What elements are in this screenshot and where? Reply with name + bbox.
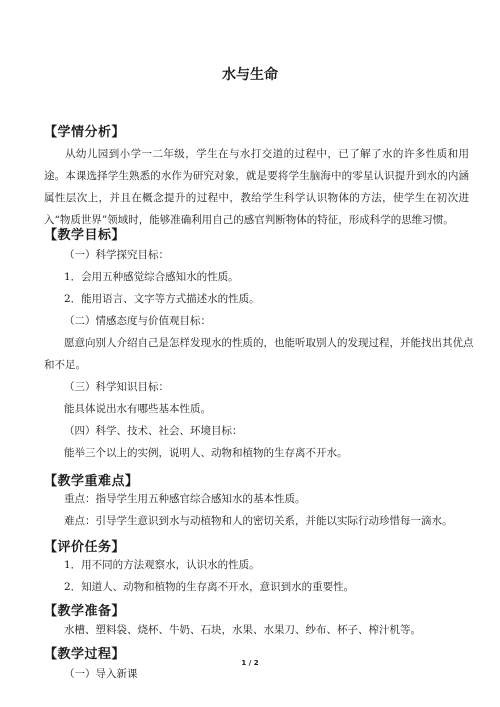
- section-heading-preparation: 【教学准备】: [44, 600, 125, 619]
- objective-line: 和不足。: [44, 354, 86, 376]
- objective-line: 1．会用五种感觉综合感知水的性质。: [64, 266, 239, 288]
- section-heading-objectives: 【教学目标】: [44, 224, 125, 243]
- page-indicator: 1 / 2: [0, 659, 500, 667]
- document-title: 水与生命: [0, 64, 500, 84]
- objective-line: （三）科学知识目标：: [64, 376, 169, 398]
- analysis-paragraph: 从幼儿园到小学一二年级，学生在与水打交道的过程中，已了解了水的许多性质和用途。本…: [44, 143, 469, 231]
- section-heading-key-points: 【教学重难点】: [44, 470, 139, 489]
- section-heading-analysis: 【学情分析】: [44, 121, 125, 140]
- objective-line: （二）情感态度与价值观目标：: [64, 310, 211, 332]
- key-point-line: 重点：指导学生用五种感官综合感知水的基本性质。: [64, 488, 306, 510]
- section-heading-evaluation: 【评价任务】: [44, 536, 125, 555]
- key-point-line: 难点：引导学生意识到水与动植物和人的密切关系，并能以实际行动珍惜每一滴水。: [64, 510, 453, 532]
- evaluation-line: 2．知道人、动物和植物的生存离不开水，意识到水的重要性。: [64, 576, 354, 598]
- preparation-line: 水槽、塑料袋、烧杯、牛奶、石块，水果、水果刀、纱布、杯子、榨汁机等。: [64, 619, 421, 641]
- evaluation-line: 1．用不同的方法观察水，认识水的性质。: [64, 554, 260, 576]
- objective-line: 能举三个以上的实例，说明人、动物和植物的生存离不开水。: [64, 442, 348, 464]
- objective-line: 2．能用语言、文字等方式描述水的性质。: [64, 288, 260, 310]
- objective-line: （四）科学、技术、社会、环境目标：: [64, 420, 243, 442]
- objective-line: （一）科学探究目标：: [64, 244, 169, 266]
- objective-line: 愿意向别人介绍自己是怎样发现水的性质的，也能听取别人的发现过程，并能找出其优点: [64, 332, 474, 354]
- objective-line: 能具体说出水有哪些基本性质。: [64, 398, 211, 420]
